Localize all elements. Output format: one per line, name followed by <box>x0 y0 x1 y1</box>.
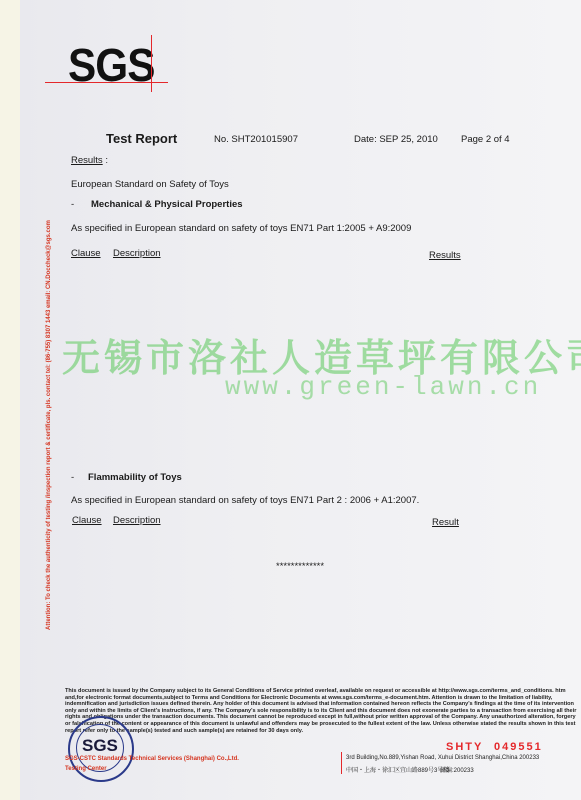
results-colon: : <box>105 155 108 166</box>
section-bullet: - <box>71 199 74 210</box>
col-header-clause: Clause <box>71 248 101 259</box>
section-bullet: - <box>71 472 74 483</box>
col-header-result: Result <box>432 517 459 528</box>
results-label: Results : <box>71 155 108 166</box>
section-heading-mechanical: Mechanical & Physical Properties <box>91 199 243 210</box>
section-heading-flammability: Flammability of Toys <box>88 472 182 483</box>
section-spec-mechanical: As specified in European standard on saf… <box>71 223 411 234</box>
stamp-logo: SGS <box>82 736 118 756</box>
serial-prefix: SHTY <box>446 741 483 753</box>
col-header-description: Description <box>113 515 161 526</box>
company-overlay-url: www.green-lawn.cn <box>225 372 541 402</box>
footer-divider <box>341 752 342 774</box>
test-report-page: SGS Test Report No. SHT201015907 Date: S… <box>20 0 581 800</box>
legal-disclaimer: This document is issued by the Company s… <box>65 688 580 734</box>
authenticity-notice: Attention: To check the authenticity of … <box>46 220 52 630</box>
page-number: Page 2 of 4 <box>461 134 510 145</box>
scan-margin <box>0 0 20 800</box>
logo-red-line <box>45 82 168 83</box>
results-heading: Results <box>71 155 103 166</box>
sgs-seal-stamp: SGS <box>68 716 134 782</box>
report-number: No. SHT201015907 <box>214 134 298 145</box>
section-spec-flammability: As specified in European standard on saf… <box>71 495 419 506</box>
footer-address-en: 3rd Building,No.889,Yishan Road, Xuhui D… <box>346 755 539 761</box>
standard-title: European Standard on Safety of Toys <box>71 179 229 190</box>
col-header-clause: Clause <box>72 515 102 526</box>
footer-company-sub: Testing Center <box>65 766 107 772</box>
col-header-results: Results <box>429 250 461 261</box>
end-of-results-marker: ************* <box>276 561 324 572</box>
footer-postcode: 邮编:200233 <box>440 765 474 774</box>
logo-red-line-vertical <box>151 35 152 92</box>
report-date: Date: SEP 25, 2010 <box>354 134 438 145</box>
col-header-description: Description <box>113 248 161 259</box>
sgs-logo: SGS <box>68 38 155 92</box>
report-title: Test Report <box>106 131 177 146</box>
footer-address-cn: 中国・上海・徐汇区宜山路889号3号楼 <box>346 765 449 774</box>
serial-number: 049551 <box>494 741 543 753</box>
footer-company-name: SGS-CSTC Standards Technical Services (S… <box>65 756 239 762</box>
